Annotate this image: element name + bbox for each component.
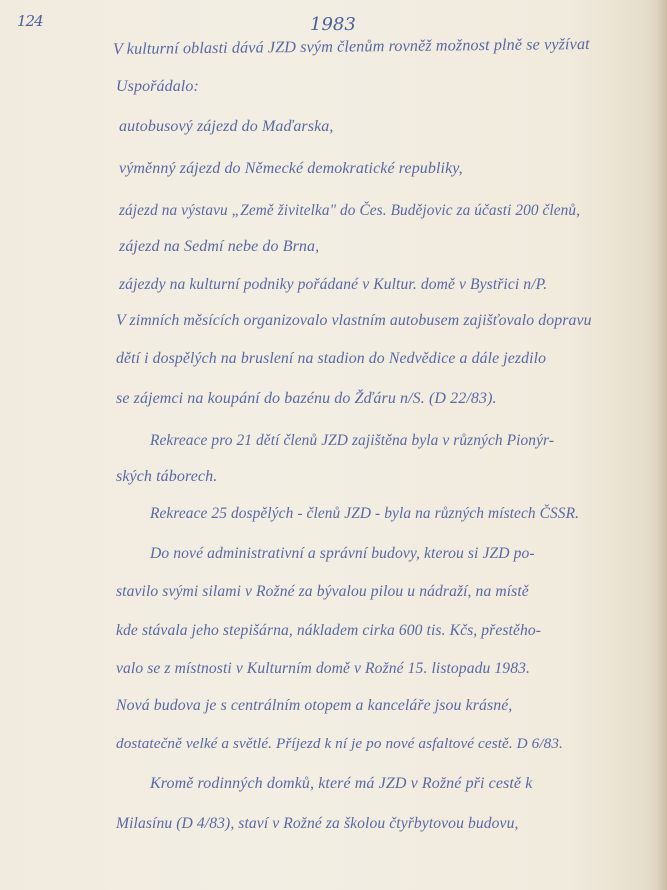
text-line: se zájemci na koupání do bazénu do Žďáru… <box>116 390 497 408</box>
text-line: stavilo svými silami v Rožné za bývalou … <box>116 583 529 601</box>
text-line: valo se z místnosti v Kulturním domě v R… <box>116 660 530 678</box>
text-line: V kulturní oblasti dává JZD svým členům … <box>113 35 590 59</box>
text-line: zájezd na Sedmí nebe do Brna, <box>119 238 319 256</box>
text-line: Do nové administrativní a správní budovy… <box>150 545 535 563</box>
text-line: V zimních měsících organizovalo vlastním… <box>116 312 592 330</box>
text-line: Rekreace 25 dospělých - členů JZD - byla… <box>150 505 579 523</box>
text-line: Uspořádalo: <box>116 78 199 96</box>
year-heading: 1983 <box>310 14 356 35</box>
text-line: zájezdy na kulturní podniky pořádané v K… <box>119 276 547 294</box>
text-line: Kromě rodinných domků, které má JZD v Ro… <box>150 775 532 793</box>
text-line: Rekreace pro 21 dětí členů JZD zajištěna… <box>150 432 554 450</box>
text-line: dostatečně velké a světlé. Příjezd k ní … <box>116 735 563 753</box>
page-binding-edge <box>657 0 667 890</box>
text-line: kde stávala jeho stepišárna, nákladem ci… <box>116 622 541 640</box>
text-line: autobusový zájezd do Maďarska, <box>119 118 334 136</box>
text-line: Milasínu (D 4/83), staví v Rožné za škol… <box>116 815 518 833</box>
page-number: 124 <box>17 12 43 30</box>
text-line: zájezd na výstavu „Země živitelka" do Če… <box>119 202 580 220</box>
text-line: dětí i dospělých na bruslení na stadion … <box>116 350 546 368</box>
text-line: ských táborech. <box>116 468 217 486</box>
chronicle-page: 124 1983 V kulturní oblasti dává JZD svý… <box>0 0 667 890</box>
text-line: Nová budova je s centrálním otopem a kan… <box>116 697 512 715</box>
text-line: výměnný zájezd do Německé demokratické r… <box>119 160 463 178</box>
